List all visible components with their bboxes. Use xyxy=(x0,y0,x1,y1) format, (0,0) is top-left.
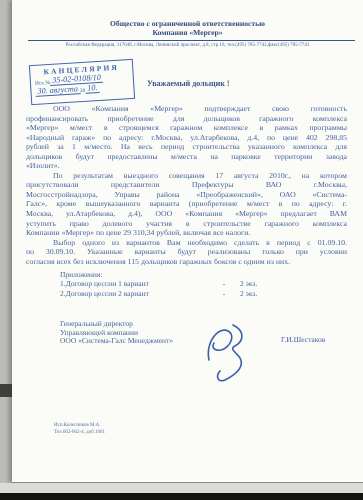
paragraph-line: «Мергер» м/мест в строящемся гаражном ко… xyxy=(26,123,347,133)
attachment-dash: - xyxy=(208,279,240,288)
executor-name: Исп.Колесников М.А. xyxy=(54,423,105,430)
attachment-qty: 2 экз. xyxy=(240,279,257,288)
paragraph-line: «Народный гараж» по адресу: г.Москва, ул… xyxy=(26,133,347,143)
attachment-name: 1.Договор цессии 1 вариант xyxy=(60,279,208,288)
paragraph-line: Москва, ул.Атарбекова, д.4), ООО «Компан… xyxy=(26,209,347,219)
attachment-name: 2.Договор цессии 2 вариант xyxy=(60,289,208,298)
signatory-position: Генеральный директор Управляющей компани… xyxy=(60,320,173,346)
letterhead-divider xyxy=(28,40,355,41)
paragraph-line: ООО «Компания «Мергер» подтверждает свою… xyxy=(26,104,347,114)
scan-edge-artifact xyxy=(0,384,12,397)
attachments-title: Приложения: xyxy=(60,270,257,279)
attachments-block: Приложения: 1.Договор цессии 1 вариант -… xyxy=(60,270,257,298)
attachment-qty: 2 экз. xyxy=(240,289,257,298)
attachment-dash: - xyxy=(208,289,240,298)
paragraph-line: Мосгосстройнадзора, Управы района «Преоб… xyxy=(26,190,347,200)
paragraph-line: Галс», кроме вышеуказанного варианта (пр… xyxy=(26,199,347,209)
paragraph-line: «Изолит». xyxy=(26,161,347,171)
stamp-year-handwritten: 10. xyxy=(85,84,100,94)
org-name-line1: Общество с ограниченной ответственностью xyxy=(12,19,363,28)
paragraph-line: по 30.09.10. Указанные варианты будут ре… xyxy=(26,247,347,257)
paragraph-line: присутствовали представители Префектуры … xyxy=(26,180,347,190)
registry-stamp: КАНЦЕЛЯРИЯ Исх.№ 35-02-0108/10 30. авгус… xyxy=(29,59,135,105)
paragraph-line: Выбор одного из вариантов Вам необходимо… xyxy=(26,238,347,248)
paragraph-line: профинансировать приобретение для дольщи… xyxy=(26,114,347,124)
signatory-name: Г.И.Шестаков xyxy=(281,335,325,344)
greeting: Уважаемый дольщик ! xyxy=(147,79,230,88)
letter-sheet: Общество с ограниченной ответственностью… xyxy=(12,0,363,483)
paragraph-line: уступить право долевого участия в строит… xyxy=(26,219,347,229)
executor-block: Исп.Колесников М.А. Тел.662-662-4, доб.1… xyxy=(54,423,105,436)
signatory-position-line: ООО «Система-Галс Менеджмент» xyxy=(60,337,173,346)
paragraph-line: По результатам выездного совещания 17 ав… xyxy=(26,171,347,181)
org-address: Российская Федерация, 117648, г.Москва, … xyxy=(12,43,363,48)
attachment-item: 2.Договор цессии 2 вариант - 2 экз. xyxy=(60,289,257,298)
paragraph-line: согласия всех без исключения 115 дольщик… xyxy=(26,257,347,267)
letter-body: ООО «Компания «Мергер» подтверждает свою… xyxy=(26,104,347,266)
attachment-item: 1.Договор цессии 1 вариант - 2 экз. xyxy=(60,279,257,288)
executor-phone: Тел.662-662-4, доб.1061 xyxy=(54,430,105,437)
scanner-background xyxy=(0,493,363,500)
scan-bottom-edge xyxy=(0,483,363,493)
handwritten-signature-icon xyxy=(195,322,265,393)
stamp-date-handwritten: 30. августа xyxy=(35,85,80,97)
scanned-letter: { "header": { "org_line1": "Общество с о… xyxy=(0,0,363,500)
paragraph-line: Компании «Мергер» по цене 29 310,34 рубл… xyxy=(26,228,347,238)
org-name-line2: Компания «Мергер» xyxy=(12,28,363,37)
paragraph-line: рублей за 1 м/место. На весь период стро… xyxy=(26,142,347,152)
paragraph-line: дольщиков будут предоставлены м/места на… xyxy=(26,152,347,162)
